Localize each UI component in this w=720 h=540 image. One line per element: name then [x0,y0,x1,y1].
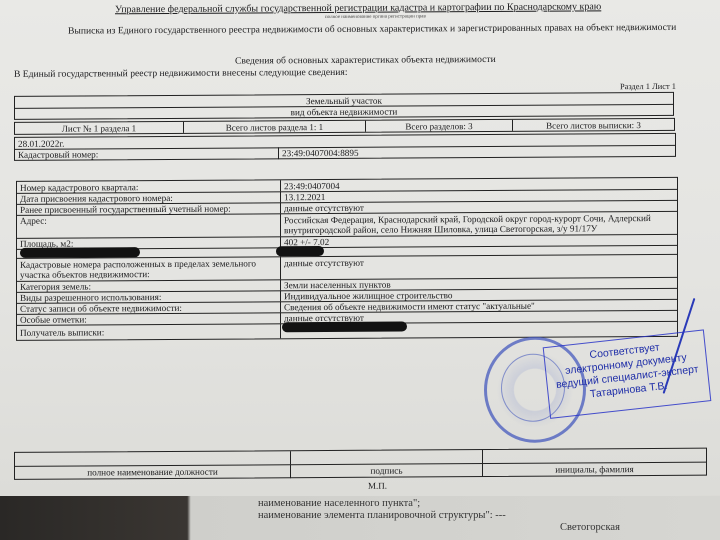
redaction-mark [276,246,324,256]
name-caption: инициалы, фамилия [482,462,706,477]
sheet-reference: Раздел 1 Лист 1 [620,82,676,91]
section-sheets-total: Всего листов раздела 1: 1 [183,121,365,133]
authority-note: полное наименование органа регистрации п… [325,14,426,20]
signature-caption: подпись [290,463,482,478]
row-label: Адрес: [17,213,280,238]
object-type-box: Земельный участок вид объекта недвижимос… [14,92,674,120]
seal-mark: М.П. [368,481,387,491]
cadastral-number-label: Кадастровый номер: [15,147,278,161]
signature-table: полное наименование должности подпись ин… [14,448,707,480]
row-label: Получатель выписки: [17,323,280,340]
redaction-mark [282,322,407,333]
extract-title: Выписка из Единого государственного реес… [68,22,676,37]
intro-text: В Единый государственный реестр недвижим… [14,67,348,80]
extract-page: Управление федеральной службы государств… [0,0,720,500]
cadastral-box: 28.01.2022г. Кадастровый номер: 23:49:04… [14,133,676,161]
sheet-number: Лист № 1 раздела 1 [15,122,183,134]
underlying-page: наименование населенного пункта"; наимен… [0,496,720,540]
cadastral-number: 23:49:0407004:8895 [278,145,675,159]
address-value: Российская Федерация, Краснодарский край… [280,211,677,236]
authority-name: Управление федеральной службы государств… [115,1,601,15]
details-table: Номер кадастрового квартала: 23:49:04070… [16,177,678,341]
underlying-text: наименование населенного пункта"; [258,498,420,509]
certification-stamp: Соответствует электронному документу вед… [543,329,712,418]
sheet-info-row: Лист № 1 раздела 1 Всего листов раздела … [14,118,675,135]
sections-total: Всего разделов: 3 [365,120,512,132]
row-value: данные отсутствуют [280,254,677,279]
redaction-mark [20,247,140,258]
row-label: Кадастровые номера расположенных в преде… [17,256,280,281]
position-caption: полное наименование должности [15,464,290,480]
extract-sheets-total: Всего листов выписки: 3 [512,119,674,131]
signature-field [290,450,482,464]
underlying-text: Светогорская [560,522,620,533]
underlying-text: наименование элемента планировочной стру… [258,510,506,521]
section-title: Сведения об основных характеристиках объ… [235,54,496,67]
